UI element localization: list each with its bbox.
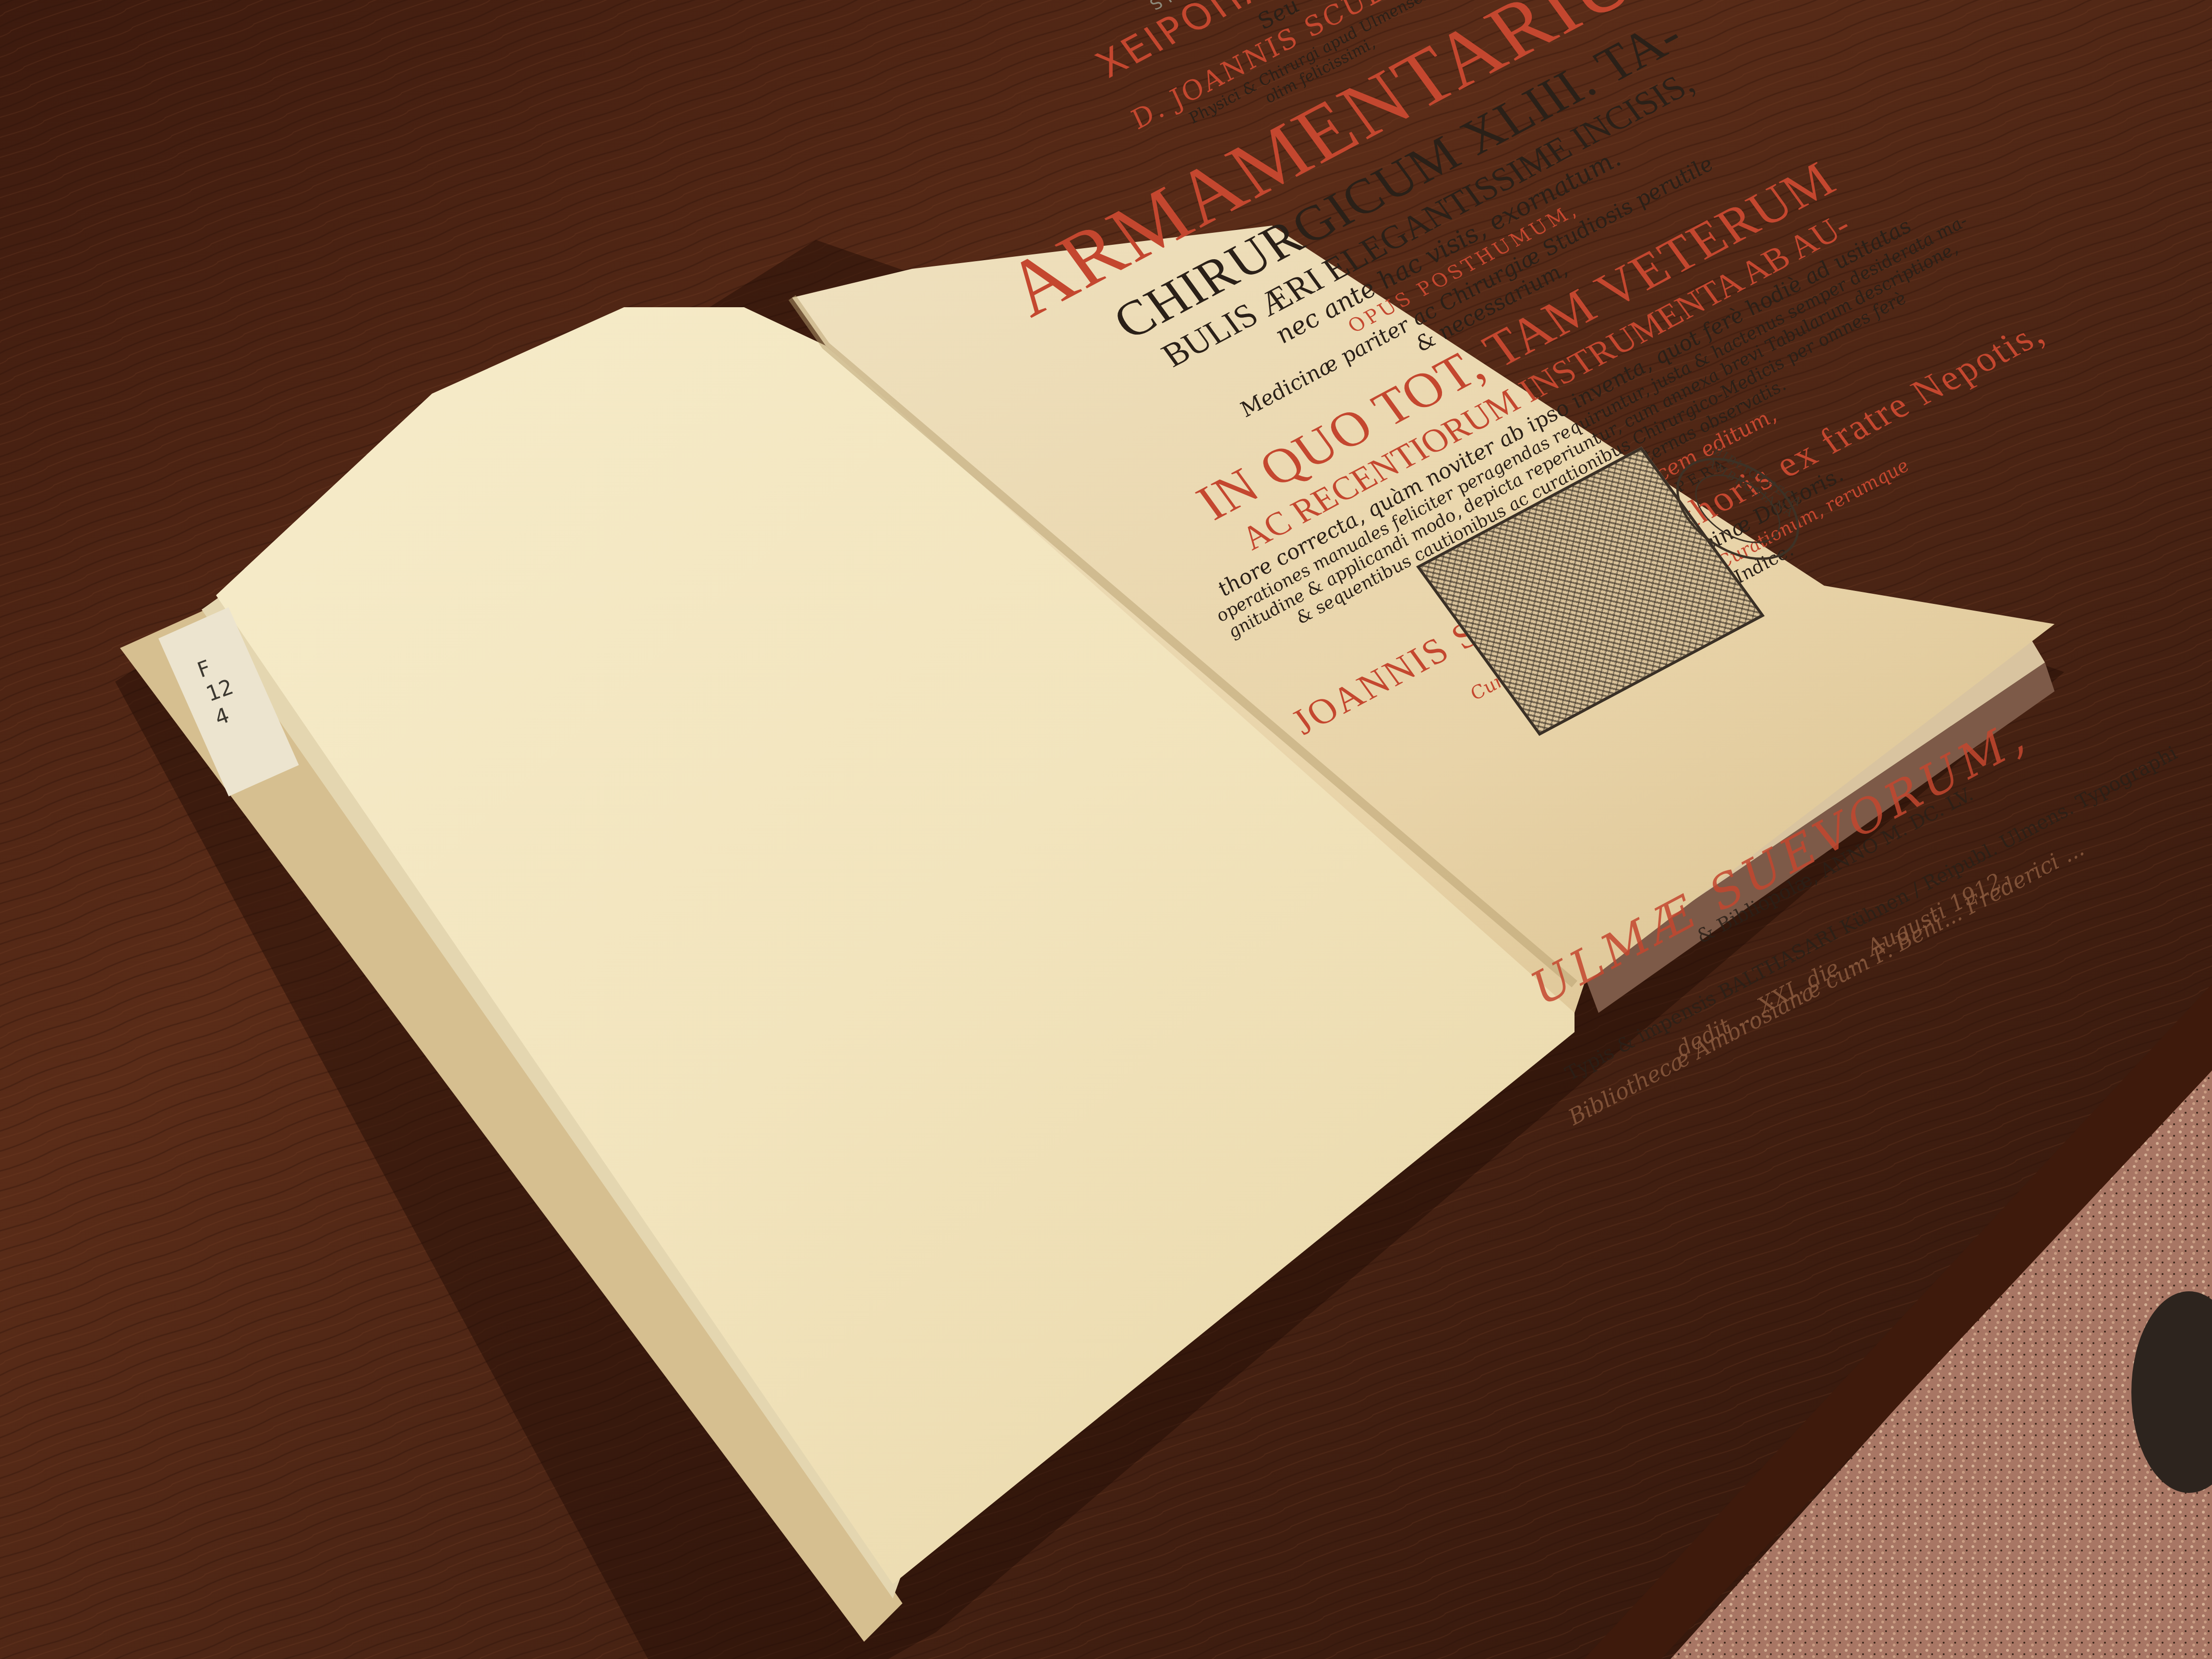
photo-scene: F 12 4 STVDIO MEDI(L)VA ΧΕΙΡΟΠΛΟΘΗΚΗ, Se…: [0, 0, 2212, 1659]
